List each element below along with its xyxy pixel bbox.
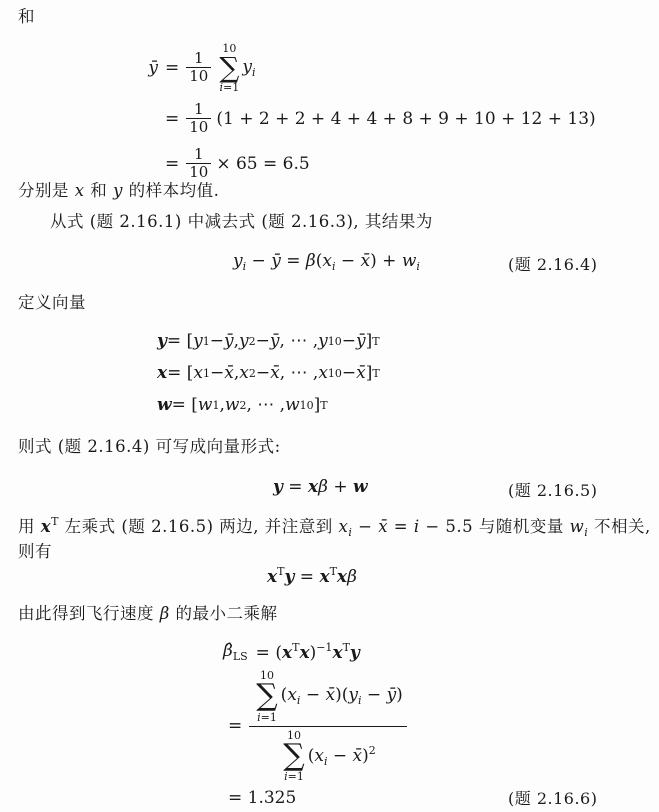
equation-label-2-16-6: (题 2.16.6) — [508, 786, 597, 809]
summation-symbol: 10 ∑ i=1 — [256, 670, 277, 723]
sample-mean-text: 分别是 x 和 y 的样本均值. — [18, 180, 219, 202]
normal-equation: xTy = xTxβ — [267, 565, 357, 587]
ybar-row3-term: × 65 = 6.5 — [216, 154, 309, 174]
vector-x-definition: x = [x1 − x̄, x2 − x̄, ⋯ , x10 − x̄]T — [157, 357, 380, 389]
ybar-equation: ȳ = 1 10 10 ∑ i=1 yi = 1 10 (1 + 2 + 2 +… — [128, 40, 596, 186]
page: { "text": { "and": "和", "sample_mean": [… — [0, 0, 659, 812]
summation-symbol: 10 ∑ i=1 — [219, 43, 239, 94]
ybar-row-1: ȳ = 1 10 10 ∑ i=1 yi — [128, 40, 596, 96]
subtract-text: 从式 (题 2.16.1) 中减去式 (题 2.16.3), 其结果为 — [50, 211, 433, 233]
summation-symbol: 10 ∑ i=1 — [283, 730, 304, 783]
ls-ratio-fraction: 10 ∑ i=1 (xi − x̄)(yi − ȳ) 10 ∑ i=1 (xi … — [249, 670, 407, 782]
beta-ls-symbol: β̂LS — [223, 641, 248, 663]
multiply-text: 用 xT 左乘式 (题 2.16.5) 两边, 并注意到 xi − x̄ = i… — [18, 511, 651, 544]
vector-w-definition: w = [w1, w2, ⋯ , w10]T — [157, 389, 380, 421]
ybar-row1-term: yi — [242, 57, 255, 79]
equation-label-2-16-4: (题 2.16.4) — [508, 252, 597, 275]
then-have-text: 则有 — [18, 541, 52, 563]
define-vectors-text: 定义向量 — [18, 292, 86, 314]
equation-2-16-4: yi − ȳ = β(xi − x̄) + wi — [233, 251, 420, 273]
beta-ls-row-2: = 10 ∑ i=1 (xi − x̄)(yi − ȳ) 10 ∑ i=1 (x… — [223, 670, 407, 782]
vector-y-definition: y = [y1 − ȳ, y2 − ȳ, ⋯ , y10 − ȳ]T — [157, 325, 380, 357]
fraction-denominator: 10 ∑ i=1 (xi − x̄)2 — [276, 730, 379, 783]
denominator-term: (xi − x̄)2 — [308, 744, 376, 768]
numerator-term: (xi − x̄)(yi − ȳ) — [281, 685, 403, 707]
equals-sign: = — [165, 58, 179, 78]
ybar-row2-term: (1 + 2 + 2 + 4 + 4 + 8 + 9 + 10 + 12 + 1… — [216, 109, 595, 129]
equals-sign: = — [228, 716, 242, 736]
fraction-bar — [249, 726, 407, 727]
beta-ls-row1-term: = (xTx)−1xTy — [256, 641, 360, 663]
vector-definitions: y = [y1 − ȳ, y2 − ȳ, ⋯ , y10 − ȳ]T x = [… — [157, 325, 380, 421]
ybar-row-2: = 1 10 (1 + 2 + 2 + 4 + 4 + 8 + 9 + 10 +… — [128, 96, 596, 141]
ls-solution-text: 由此得到飞行速度 β 的最小二乘解 — [18, 603, 278, 625]
equation-2-16-5: y = xβ + w — [273, 477, 368, 497]
beta-ls-result: = 1.325 — [228, 788, 296, 808]
ybar-symbol: ȳ — [128, 58, 158, 78]
fraction-one-tenth: 1 10 — [186, 102, 211, 136]
vector-form-text: 则式 (题 2.16.4) 可写成向量形式: — [18, 436, 281, 458]
equation-label-2-16-5: (题 2.16.5) — [508, 478, 597, 501]
fraction-one-tenth: 1 10 — [186, 147, 211, 181]
fraction-one-tenth: 1 10 — [186, 51, 211, 85]
beta-ls-row-1: β̂LS = (xTx)−1xTy — [223, 638, 407, 666]
beta-ls-equation: β̂LS = (xTx)−1xTy = 10 ∑ i=1 (xi − x̄)(y… — [223, 638, 407, 811]
equals-sign: = — [165, 154, 179, 174]
intro-and-text: 和 — [18, 6, 35, 28]
equals-sign: = — [165, 109, 179, 129]
fraction-numerator: 10 ∑ i=1 (xi − x̄)(yi − ȳ) — [249, 670, 407, 723]
beta-ls-row-3: = 1.325 — [223, 785, 407, 811]
